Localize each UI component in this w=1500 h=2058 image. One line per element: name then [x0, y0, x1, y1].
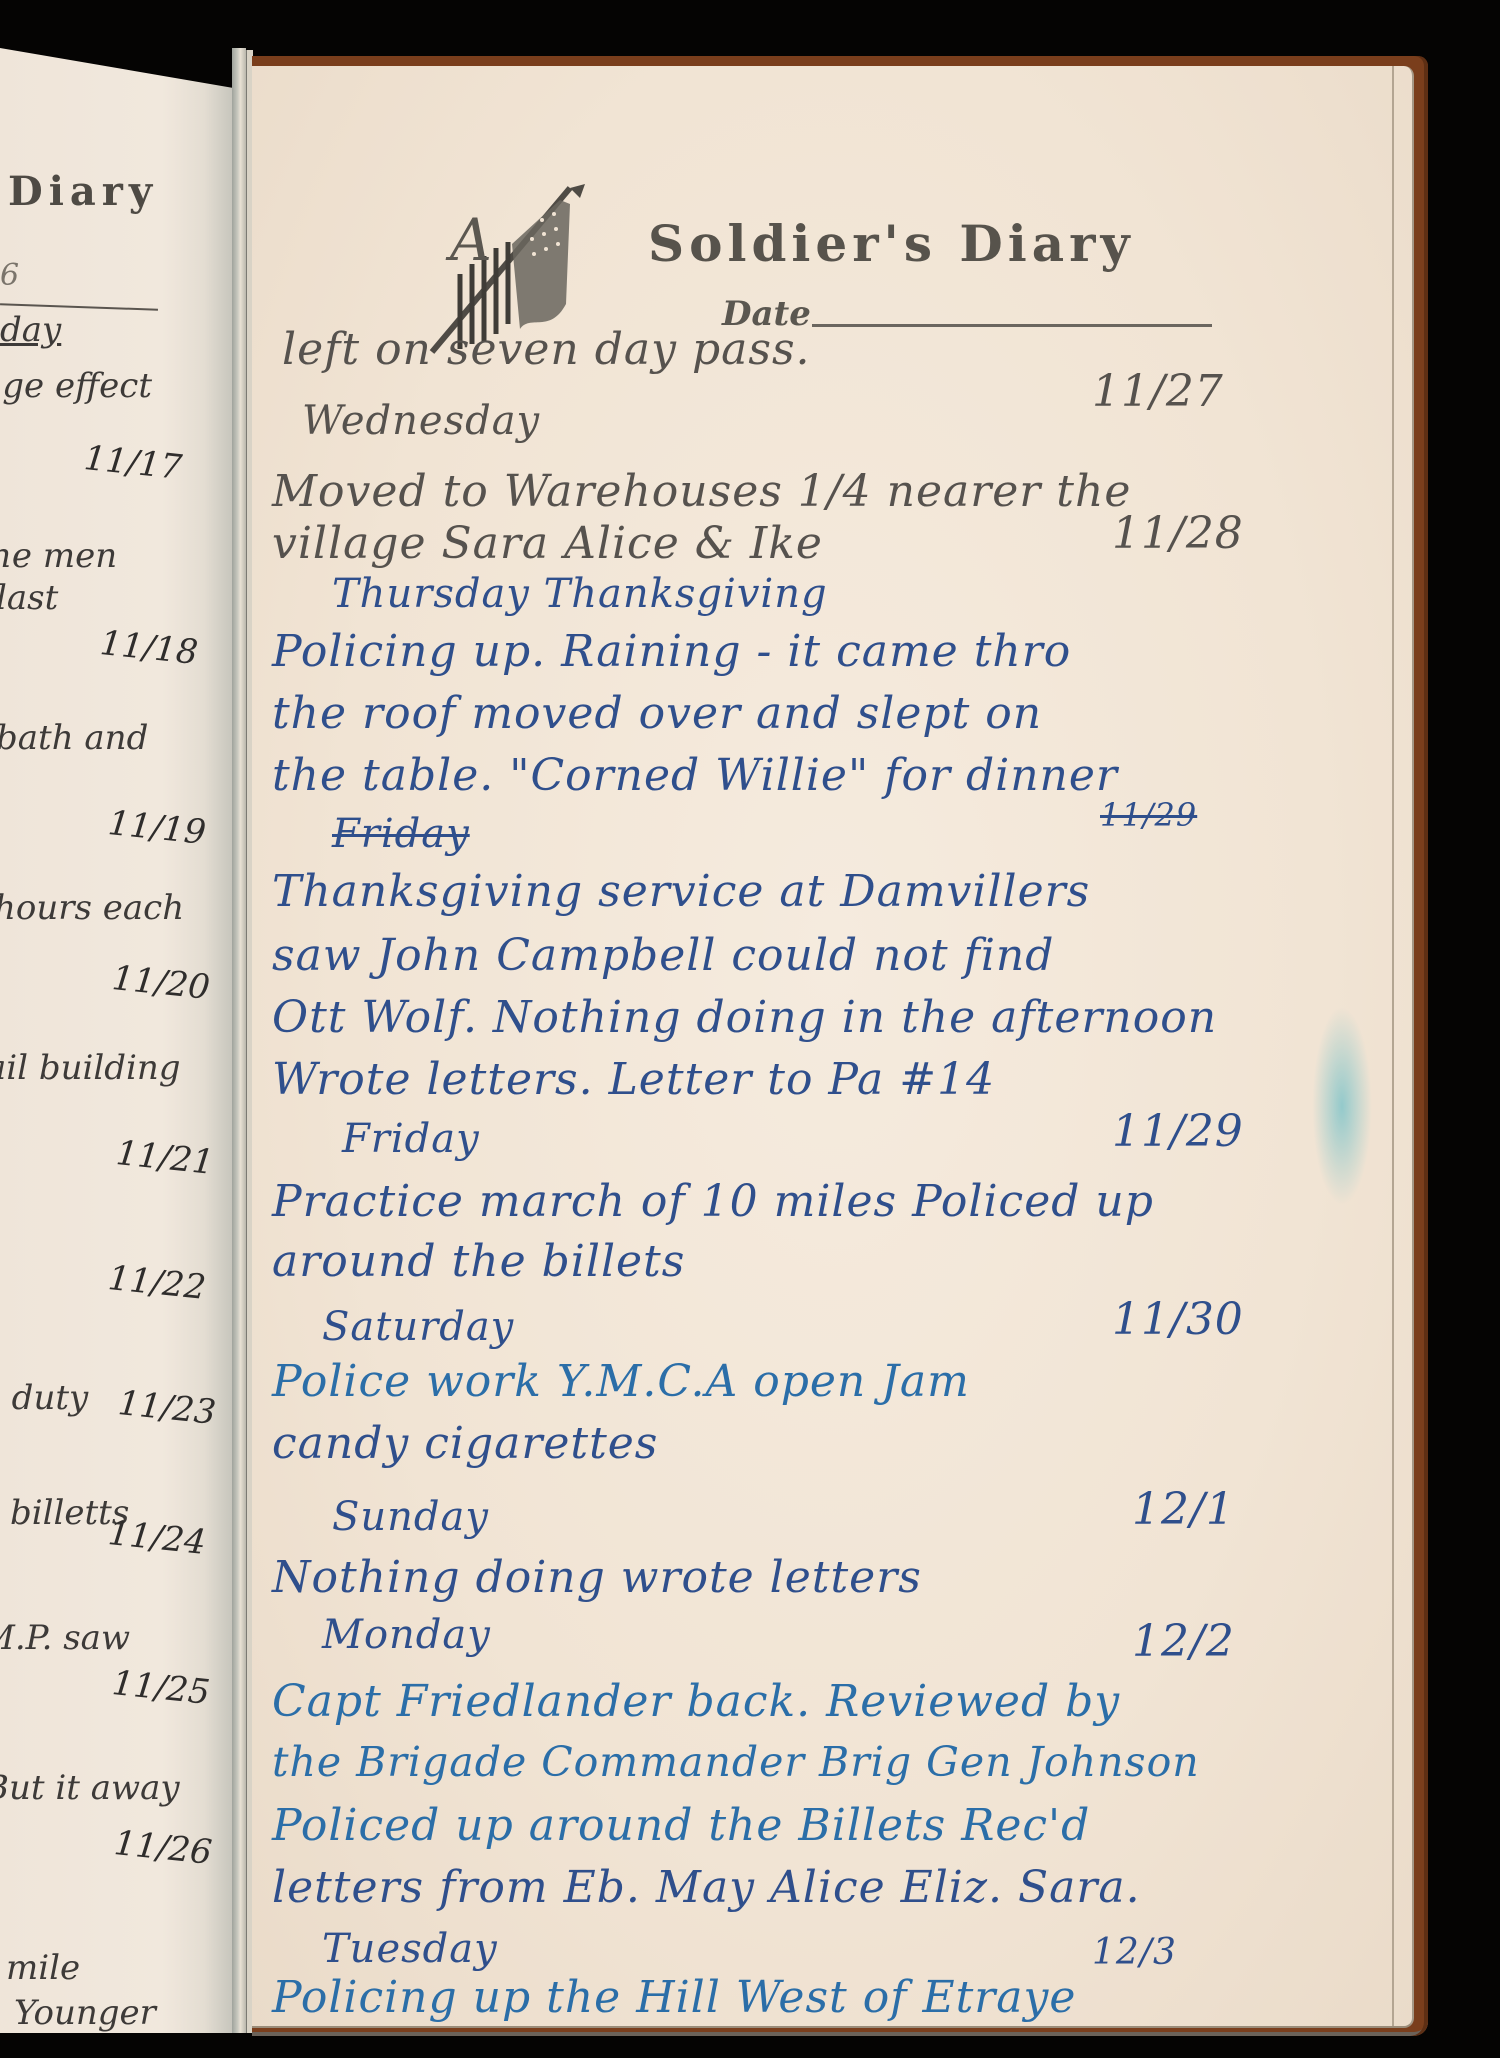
diary-entries: left on seven day pass. Wednesday 11/27 … — [252, 66, 1412, 2026]
entry-text: Policing up. Raining - it came thro — [272, 626, 1071, 677]
entry-text: candy cigarettes — [272, 1418, 658, 1469]
entry-day: Saturday — [322, 1304, 514, 1350]
entry-text: the table. "Corned Willie" for dinner — [272, 750, 1118, 801]
left-line: M.P. saw — [0, 1618, 130, 1658]
entry-text: Practice march of 10 miles Policed up — [272, 1176, 1154, 1227]
entry-text: the Brigade Commander Brig Gen Johnson — [272, 1738, 1200, 1786]
left-line: bath and — [0, 718, 148, 758]
left-line: day — [0, 310, 61, 350]
left-page-date-fragment: 6 — [0, 258, 19, 293]
entry-date-struck: 11/29 — [1100, 796, 1197, 834]
left-line: Younger — [14, 1993, 156, 2033]
right-page: A Soldier's Diary Date left on seven day… — [252, 66, 1414, 2028]
left-date: 11/21 — [114, 1133, 216, 1183]
ink-smudge — [1312, 1006, 1372, 1206]
left-page: Diary 6 day age effect 11/17 he men last… — [0, 48, 232, 2033]
entry-text: the roof moved over and slept on — [272, 688, 1042, 739]
entry-text: Wrote letters. Letter to Pa #14 — [272, 1054, 995, 1105]
entry-text: letters from Eb. May Alice Eliz. Sara. — [272, 1862, 1141, 1913]
entry-day: Wednesday — [302, 398, 540, 444]
left-date: 11/22 — [106, 1258, 208, 1308]
book-gutter — [232, 48, 246, 2033]
entry-text: Ott Wolf. Nothing doing in the afternoon — [272, 992, 1217, 1043]
entry-day: Sunday — [332, 1494, 489, 1540]
left-date: 11/17 — [82, 438, 184, 488]
entry-date: 11/29 — [1112, 1106, 1244, 1157]
entry-day: Monday — [322, 1612, 491, 1658]
entry-text: Moved to Warehouses 1/4 nearer the — [272, 466, 1131, 517]
entry-day: Friday — [342, 1116, 480, 1162]
entry-text: Police work Y.M.C.A open Jam — [272, 1356, 970, 1407]
left-date: 11/20 — [110, 958, 212, 1008]
entry-date: 11/27 — [1092, 366, 1224, 417]
entry-text: Thanksgiving service at Damvillers — [272, 866, 1090, 917]
left-date: 11/18 — [98, 623, 200, 673]
entry-text: Nothing doing wrote letters — [272, 1552, 922, 1603]
left-date: 11/26 — [112, 1823, 214, 1873]
entry-text: saw John Campbell could not find — [272, 930, 1054, 981]
entry-text: Capt Friedlander back. Reviewed by — [272, 1676, 1120, 1727]
left-date: 11/24 — [106, 1513, 208, 1563]
entry-text: village Sara Alice & Ike — [272, 518, 823, 569]
left-line: last — [0, 578, 58, 618]
entry-day-struck: Friday — [332, 811, 470, 857]
entry-day: Tuesday — [322, 1926, 498, 1972]
entry-date: 12/3 — [1092, 1932, 1177, 1973]
left-line: he men — [0, 536, 117, 576]
entry-date: 12/2 — [1132, 1616, 1235, 1667]
left-line: l duty — [0, 1378, 88, 1418]
entry-date: 12/1 — [1132, 1484, 1235, 1535]
entry-text: left on seven day pass. — [282, 324, 811, 375]
left-line: hours each — [0, 888, 184, 928]
entry-text: around the billets — [272, 1236, 685, 1287]
left-page-header: Diary — [8, 168, 158, 215]
left-date: 11/19 — [106, 803, 208, 853]
left-line: mile — [6, 1948, 80, 1988]
entry-day: Thursday Thanksgiving — [332, 571, 828, 617]
entry-date: 11/30 — [1112, 1294, 1244, 1345]
left-line: age effect — [0, 366, 152, 406]
left-line: But it away — [0, 1768, 180, 1808]
entry-date: 11/28 — [1112, 508, 1244, 559]
left-line: ail building — [0, 1048, 181, 1088]
left-date: 11/23 — [116, 1383, 218, 1433]
entry-text: Policing up the Hill West of Etraye — [272, 1972, 1076, 2023]
left-date: 11/25 — [110, 1663, 212, 1713]
entry-text: Policed up around the Billets Rec'd — [272, 1800, 1090, 1851]
